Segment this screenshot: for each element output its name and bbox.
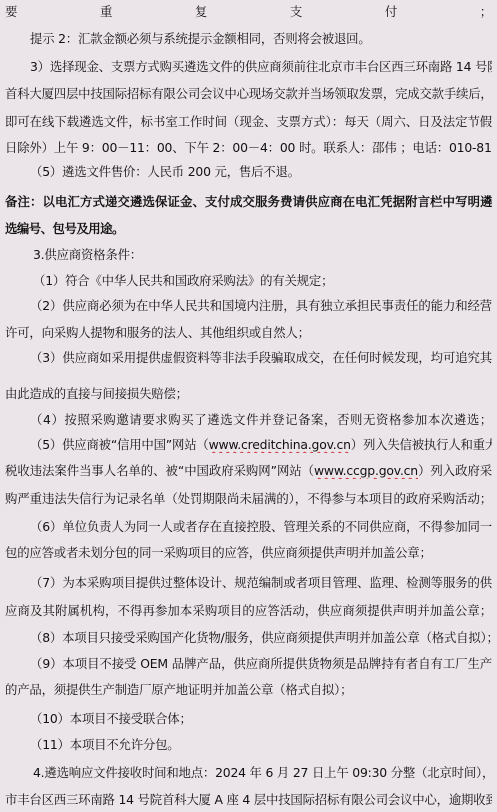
ccgp-link[interactable]: www.ccgp.gov.cn: [314, 463, 418, 478]
text-line: （5）遴选文件售价：人民币 200 元，售后不退。: [30, 164, 492, 180]
text-line: 日除外）上午 9：00－11：00、下午 2：00－4：00 时。联系人：邵伟 …: [5, 140, 492, 156]
line-text: （5）供应商被“信用中国”网站（: [30, 437, 209, 452]
note-line-bold: 选编号、包号及用途。: [5, 221, 492, 237]
text-line: 市丰台区西三环南路 14 号院首科大厦 A 座 4 层中技国际招标有限公司会议中…: [5, 792, 492, 808]
text-line: 即可在线下载遴选文件，标书室工作时间（现金、支票方式）：每天（周六、日及法定节假: [5, 114, 492, 130]
text-line: （6）单位负责人为同一人或者存在直接控股、管理关系的不同供应商，不得参加同一: [30, 519, 492, 535]
section-heading: 3.供应商资格条件：: [33, 247, 492, 263]
text-line: 许可，向采购人提物和服务的法人、其他组织或自然人；: [5, 325, 492, 341]
text-line: 提示 2：汇款金额必须与系统提示金额相同，否则将会被退回。: [30, 31, 492, 47]
section-heading: 4.遴选响应文件接收时间和地点：2024 年 6 月 27 日上午 09:30 …: [33, 765, 492, 781]
text-line: 购严重违法失信行为记录名单（处罚期限尚未届满的），不得参与本项目的政府采购活动；: [5, 491, 492, 507]
creditchina-link[interactable]: www.creditchina.gov.cn: [209, 437, 351, 452]
text-line: （10）本项目不接受联合体；: [30, 711, 492, 727]
text-line: （7）为本采购项目提供过整体设计、规范编制或者项目管理、监理、检测等服务的供: [30, 575, 492, 591]
text-line: （3）供应商如采用提供虚假资料等非法手段骗取成交，在任何时候发现，均可追究其: [30, 350, 492, 366]
text-line: （11）本项目不允许分包。: [30, 737, 492, 753]
text-line: 3）选择现金、支票方式购买遴选文件的供应商须前往北京市丰台区西三环南路 14 号…: [30, 59, 492, 75]
line-text: ）列入政府采: [418, 463, 492, 478]
text-line: （4）按照采购邀请要求购买了遴选文件并登记备案，否则无资格参加本次遴选；: [30, 412, 492, 428]
text-line: （9）本项目不接受 OEM 品牌产品，供应商所提供货物须是品牌持有者自有工厂生产: [30, 656, 492, 672]
text-line: 的产品，须提供生产制造厂原产地证明并加盖公章（格式自拟）；: [5, 682, 492, 698]
line-text: ）列入失信被执行人和重大: [351, 437, 492, 452]
text-line-with-link: 税收违法案件当事人名单的、被“中国政府采购网”网站（www.ccgp.gov.c…: [5, 463, 492, 479]
text-line: （1）符合《中华人民共和国政府采购法》的有关规定；: [33, 273, 492, 289]
text-line: 由此造成的直接与间接损失赔偿；: [5, 386, 492, 402]
text-line: （8）本项目只接受采购国产化货物/服务，供应商须提供声明并加盖公章（格式自拟）；: [30, 630, 492, 646]
line-text: 提示 2：汇款金额必须与系统提示金额相同，否则将会被退回。: [30, 31, 371, 46]
line-text: 要重复支付；: [5, 4, 492, 19]
document-page: 要重复支付； 提示 2：汇款金额必须与系统提示金额相同，否则将会被退回。 3）选…: [0, 0, 497, 812]
text-line: 应商及其附属机构，不得再参加本采购项目的应答活动，供应商须提供声明并加盖公章；: [5, 603, 492, 619]
line-text: 税收违法案件当事人名单的、被“中国政府采购网”网站（: [5, 463, 314, 478]
text-line: （2）供应商必须为在中华人民共和国境内注册，具有独立承担民事责任的能力和经营: [30, 298, 492, 314]
text-line: 包的应答或者未划分包的同一采购项目的应答，供应商须提供声明并加盖公章；: [5, 545, 492, 561]
text-line-with-link: （5）供应商被“信用中国”网站（www.creditchina.gov.cn）列…: [30, 437, 492, 453]
text-line: 首科大厦四层中技国际招标有限公司会议中心现场交款并当场领取发票，完成交款手续后，: [5, 86, 492, 102]
note-line-bold: 备注：以电汇方式递交遴选保证金、支付成交服务费请供应商在电汇凭据附言栏中写明遴: [5, 194, 492, 210]
text-line: 要重复支付；: [5, 4, 492, 20]
